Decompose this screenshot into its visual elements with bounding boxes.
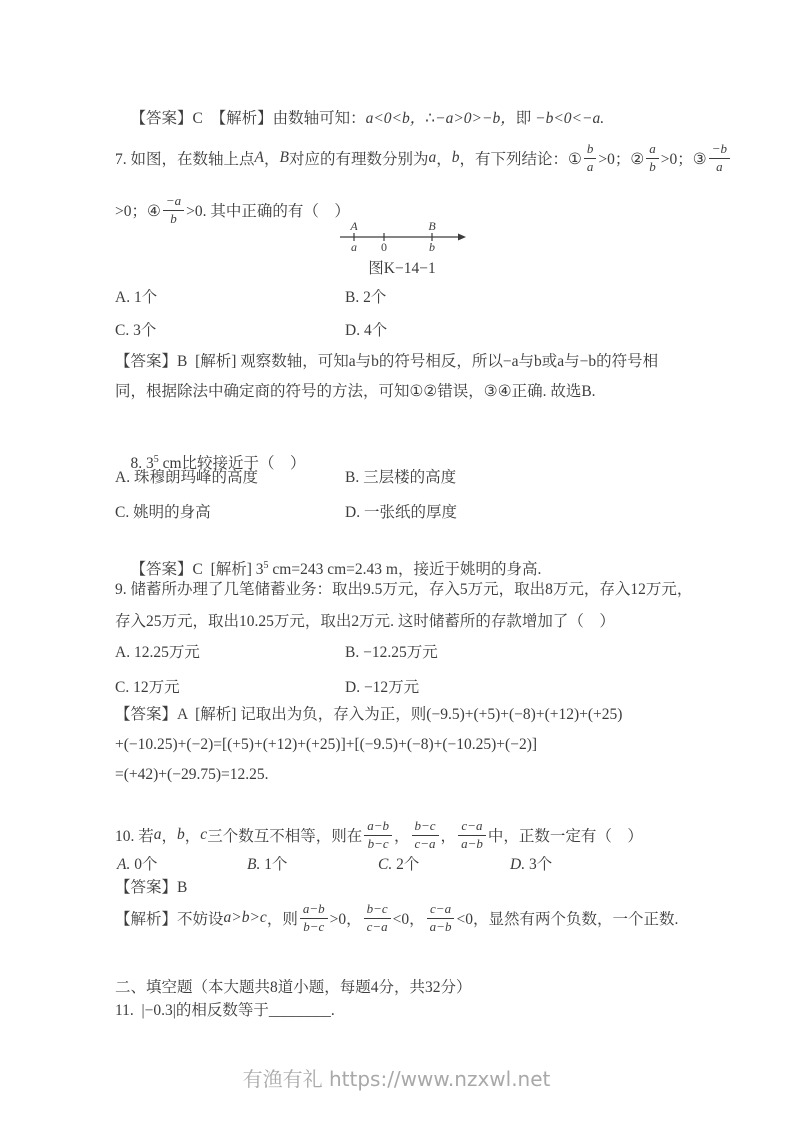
math-var: A (255, 149, 264, 167)
text-run: >0， (330, 907, 362, 929)
math-var: b (452, 149, 460, 167)
text-run: >0. 其中正确的有（ ） (186, 199, 350, 221)
q7-option-d: D. 4个 (345, 320, 387, 342)
question-10: 10. 若a，b，c三个数互不相等，则在a−bb−c，b−cc−a，c−aa−b… (115, 815, 643, 855)
option-letter: C. (378, 856, 392, 873)
text-run: ， (162, 824, 178, 846)
option-letter: D. (510, 856, 525, 873)
value-a-label: a (351, 240, 357, 253)
fraction-denominator: b (646, 159, 659, 175)
text-run: <0， (393, 907, 425, 929)
text-run: 对应的有理数分别为 (289, 147, 429, 169)
fraction-numerator: a−b (364, 819, 392, 836)
fraction: −ab (163, 194, 184, 227)
answer-label: 【答案】C [解析] 3 (131, 561, 264, 578)
math-var: c (200, 826, 207, 844)
axis-arrowhead-icon (458, 234, 466, 241)
fraction: a−bb−c (300, 902, 328, 935)
fraction-numerator: c−a (427, 902, 455, 919)
math-var: a (154, 826, 162, 844)
question-9-line-1: 9. 储蓄所办理了几笔储蓄业务：取出9.5万元，存入5万元，取出8万元，存入12… (115, 579, 692, 601)
fraction-numerator: b−c (364, 902, 391, 919)
fraction-denominator: b−c (300, 919, 328, 935)
figure-caption: 图K−14−1 (332, 256, 472, 278)
fraction: c−aa−b (458, 819, 486, 852)
math-var: b (177, 826, 185, 844)
worksheet-page: 【答案】C 【解析】由数轴可知：a<0<b，∴−a>0>−b，即 −b<0<−a… (0, 0, 793, 1122)
q9-option-b: B. −12.25万元 (345, 642, 438, 664)
watermark-footer: 有渔有礼 https://www.nzxwl.net (0, 1063, 793, 1092)
fraction-denominator: c−a (412, 836, 439, 852)
text-run: ，则 (267, 907, 298, 929)
option-text: 2个 (392, 856, 419, 873)
option-letter: A. (117, 856, 130, 873)
text-run: ， (436, 147, 452, 169)
fraction-denominator: a (709, 159, 730, 175)
answer-line-q7-2: 同，根据除法中确定商的符号的方法，可知①②错误，③④正确. 故选B. (115, 381, 596, 403)
q9-option-a: A. 12.25万元 (115, 642, 200, 664)
fraction: c−aa−b (427, 902, 455, 935)
q7-option-c: C. 3个 (115, 320, 156, 342)
text-run: ， (264, 147, 280, 169)
math-var: a (428, 149, 436, 167)
answer-line-q9-3: =(+42)+(−29.75)=12.25. (115, 764, 268, 786)
q8-option-b: B. 三层楼的高度 (345, 467, 456, 489)
point-b-label: B (428, 219, 436, 233)
answer-label: 【答案】C 【解析】由数轴可知： (131, 110, 366, 127)
text-run: 7. 如图，在数轴上点 (115, 147, 255, 169)
option-text: 3个 (525, 856, 552, 873)
fraction-denominator: a−b (427, 919, 455, 935)
text-run: ， (441, 824, 457, 846)
question-11: 11. |−0.3|的相反数等于________. (115, 1000, 335, 1022)
q8-option-d: D. 一张纸的厚度 (345, 502, 457, 524)
number-line-svg: A a 0 B b (332, 219, 472, 253)
text-run: 【解析】不妨设 (115, 907, 224, 929)
text-run: <0，显然有两个负数，一个正数. (456, 907, 678, 929)
option-letter: B. (247, 856, 260, 873)
q8-option-a: A. 珠穆朗玛峰的高度 (115, 467, 258, 489)
analysis-line-q10: 【解析】不妨设a>b>c，则a−bb−c>0，b−cc−a<0，c−aa−b<0… (115, 898, 678, 938)
fraction: ba (584, 142, 597, 175)
fraction: a−bb−c (364, 819, 392, 852)
q10-option-a: A. 0个 (117, 854, 157, 876)
fraction-numerator: −b (709, 142, 730, 159)
answer-line-q9-2: +(−10.25)+(−2)=[(+5)+(+12)+(+25)]+[(−9.5… (115, 734, 537, 756)
value-b-label: b (429, 240, 435, 253)
text-run: cm=243 cm=2.43 m，接近于姚明的身高. (269, 561, 542, 578)
fraction-denominator: b (163, 211, 184, 227)
text-run: >0；② (598, 147, 644, 169)
math-run: a<0<b，∴−a>0>−b， (366, 110, 516, 127)
question-7-line-1: 7. 如图，在数轴上点A，B对应的有理数分别为a，b，有下列结论：①ba>0；②… (115, 138, 732, 178)
fraction-denominator: a (584, 159, 597, 175)
text-run: 中，正数一定有（ ） (488, 824, 643, 846)
text-run: ， (394, 824, 410, 846)
fraction: b−cc−a (412, 819, 439, 852)
math-run: −b<0<−a. (535, 110, 604, 127)
math-var: B (280, 149, 289, 167)
fraction-denominator: b−c (364, 836, 392, 852)
q7-option-a: A. 1个 (115, 287, 157, 309)
zero-label: 0 (381, 240, 387, 253)
fraction-numerator: c−a (458, 819, 486, 836)
point-a-label: A (349, 219, 358, 233)
q10-option-c: C. 2个 (378, 854, 419, 876)
text-run: ，有下列结论：① (460, 147, 582, 169)
q10-option-b: B. 1个 (247, 854, 287, 876)
fraction: −ba (709, 142, 730, 175)
text-run: 三个数互不相等，则在 (207, 824, 362, 846)
fraction-numerator: a−b (300, 902, 328, 919)
fraction: b−cc−a (364, 902, 391, 935)
text-run: >0；④ (115, 199, 161, 221)
fraction-numerator: b−c (412, 819, 439, 836)
q8-option-c: C. 姚明的身高 (115, 502, 211, 524)
text-run: 即 (516, 110, 535, 127)
option-text: 1个 (260, 856, 287, 873)
question-7-line-2: >0；④−ab>0. 其中正确的有（ ） (115, 190, 350, 230)
math-run: a>b>c (224, 909, 267, 927)
fraction-numerator: −a (163, 194, 184, 211)
fraction-denominator: c−a (364, 919, 391, 935)
fraction: ab (646, 142, 659, 175)
answer-line-q7-1: 【答案】B [解析] 观察数轴，可知a与b的符号相反，所以−a与b或a与−b的符… (115, 351, 658, 373)
option-text: 0个 (130, 856, 157, 873)
text-run: >0；③ (661, 147, 707, 169)
section-2-header: 二、填空题（本大题共8道小题，每题4分，共32分） (115, 977, 472, 999)
q10-option-d: D. 3个 (510, 854, 552, 876)
text-run: 10. 若 (115, 824, 154, 846)
fraction-denominator: a−b (458, 836, 486, 852)
text-run: ， (185, 824, 201, 846)
q7-option-b: B. 2个 (345, 287, 386, 309)
number-line-figure: A a 0 B b (332, 219, 472, 253)
question-9-line-2: 存入25万元，取出10.25万元，取出2万元. 这时储蓄所的存款增加了（ ） (115, 611, 615, 633)
answer-line-q9-1: 【答案】A [解析] 记取出为负，存入为正，则(−9.5)+(+5)+(−8)+… (115, 704, 622, 726)
q9-option-d: D. −12万元 (345, 677, 419, 699)
q9-option-c: C. 12万元 (115, 677, 180, 699)
fraction-numerator: a (646, 142, 659, 159)
fraction-numerator: b (584, 142, 597, 159)
answer-label-q10: 【答案】B (115, 877, 187, 899)
